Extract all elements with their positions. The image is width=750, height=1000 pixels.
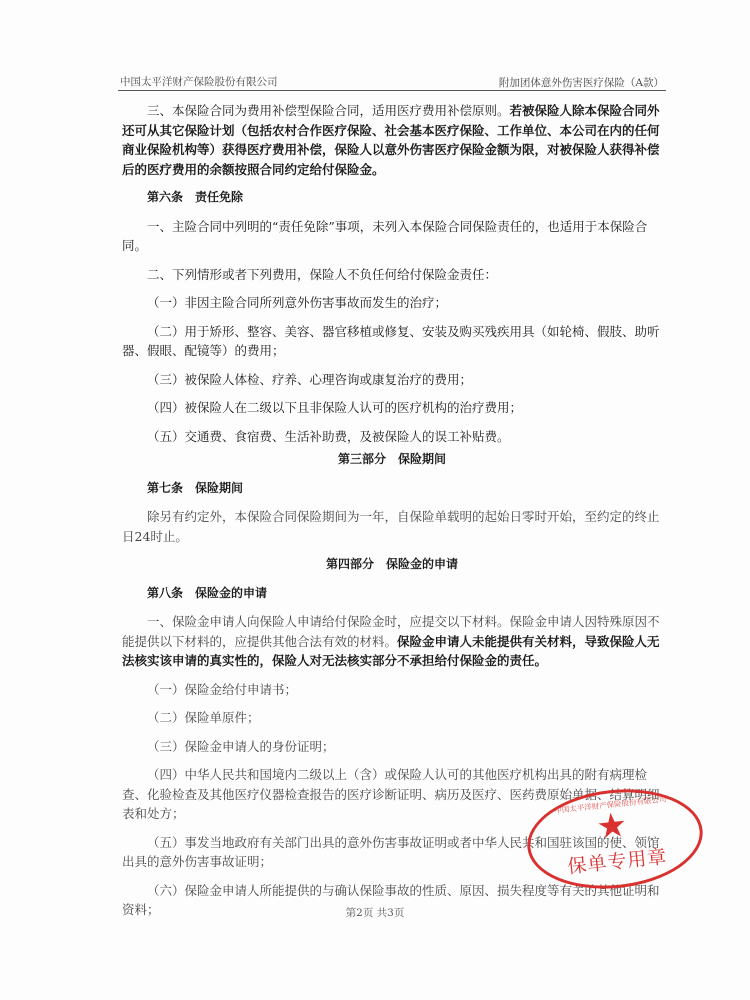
part-3-title: 第三部分 保险期间 bbox=[122, 450, 662, 470]
article-7-title: 第七条 保险期间 bbox=[122, 479, 662, 499]
article-6-item-2: （二）用于矫形、整容、美容、器官移植或修复、安装及购买残疾用具（如轮椅、假肢、助… bbox=[122, 322, 662, 361]
article-6-item-3: （三）被保险人体检、疗养、心理咨询或康复治疗的费用； bbox=[122, 370, 662, 390]
article-6-item-1: （一）非因主险合同所列意外伤害事故而发生的治疗； bbox=[122, 293, 662, 313]
header-product: 附加团体意外伤害医疗保险（A款） bbox=[499, 75, 664, 90]
article-6-title: 第六条 责任免除 bbox=[122, 188, 662, 208]
part-4-title: 第四部分 保险金的申请 bbox=[122, 555, 662, 575]
star-icon: ★ bbox=[595, 808, 629, 845]
article-8-p1: 一、保险金申请人向保险人申请给付保险金时，应提交以下材料。保险金申请人因特殊原因… bbox=[122, 612, 662, 671]
page-number: 第2页 共3页 bbox=[0, 905, 750, 920]
article-6-p2: 二、下列情形或者下列费用，保险人不负任何给付保险金责任： bbox=[122, 265, 662, 285]
article-8-item-3: （三）保险金申请人的身份证明； bbox=[122, 737, 662, 757]
article-8-title: 第八条 保险金的申请 bbox=[122, 584, 662, 604]
article-8-item-1: （一）保险金给付申请书； bbox=[122, 680, 662, 700]
header-company: 中国太平洋财产保险股份有限公司 bbox=[120, 74, 278, 89]
article-6-item-4: （四）被保险人在二级以下且非保险人认可的医疗机构的治疗费用； bbox=[122, 398, 662, 418]
page-header: 中国太平洋财产保险股份有限公司 附加团体意外伤害医疗保险（A款） bbox=[118, 74, 666, 91]
article-6-item-5: （五）交通费、食宿费、生活补助费，及被保险人的误工补贴费。 bbox=[122, 427, 662, 447]
clause-3-normal: 三、本保险合同为费用补偿型保险合同，适用医疗费用补偿原则。 bbox=[147, 103, 510, 118]
article-6-p1: 一、主险合同中列明的“责任免除”事项，未列入本保险合同保险责任的，也适用于本保险… bbox=[122, 217, 662, 256]
article-8-item-2: （二）保险单原件； bbox=[122, 708, 662, 728]
clause-3: 三、本保险合同为费用补偿型保险合同，适用医疗费用补偿原则。若被保险人除本保险合同… bbox=[122, 101, 662, 179]
article-7-text: 除另有约定外，本保险合同保险期间为一年，自保险单载明的起始日零时开始，至约定的终… bbox=[122, 507, 662, 546]
